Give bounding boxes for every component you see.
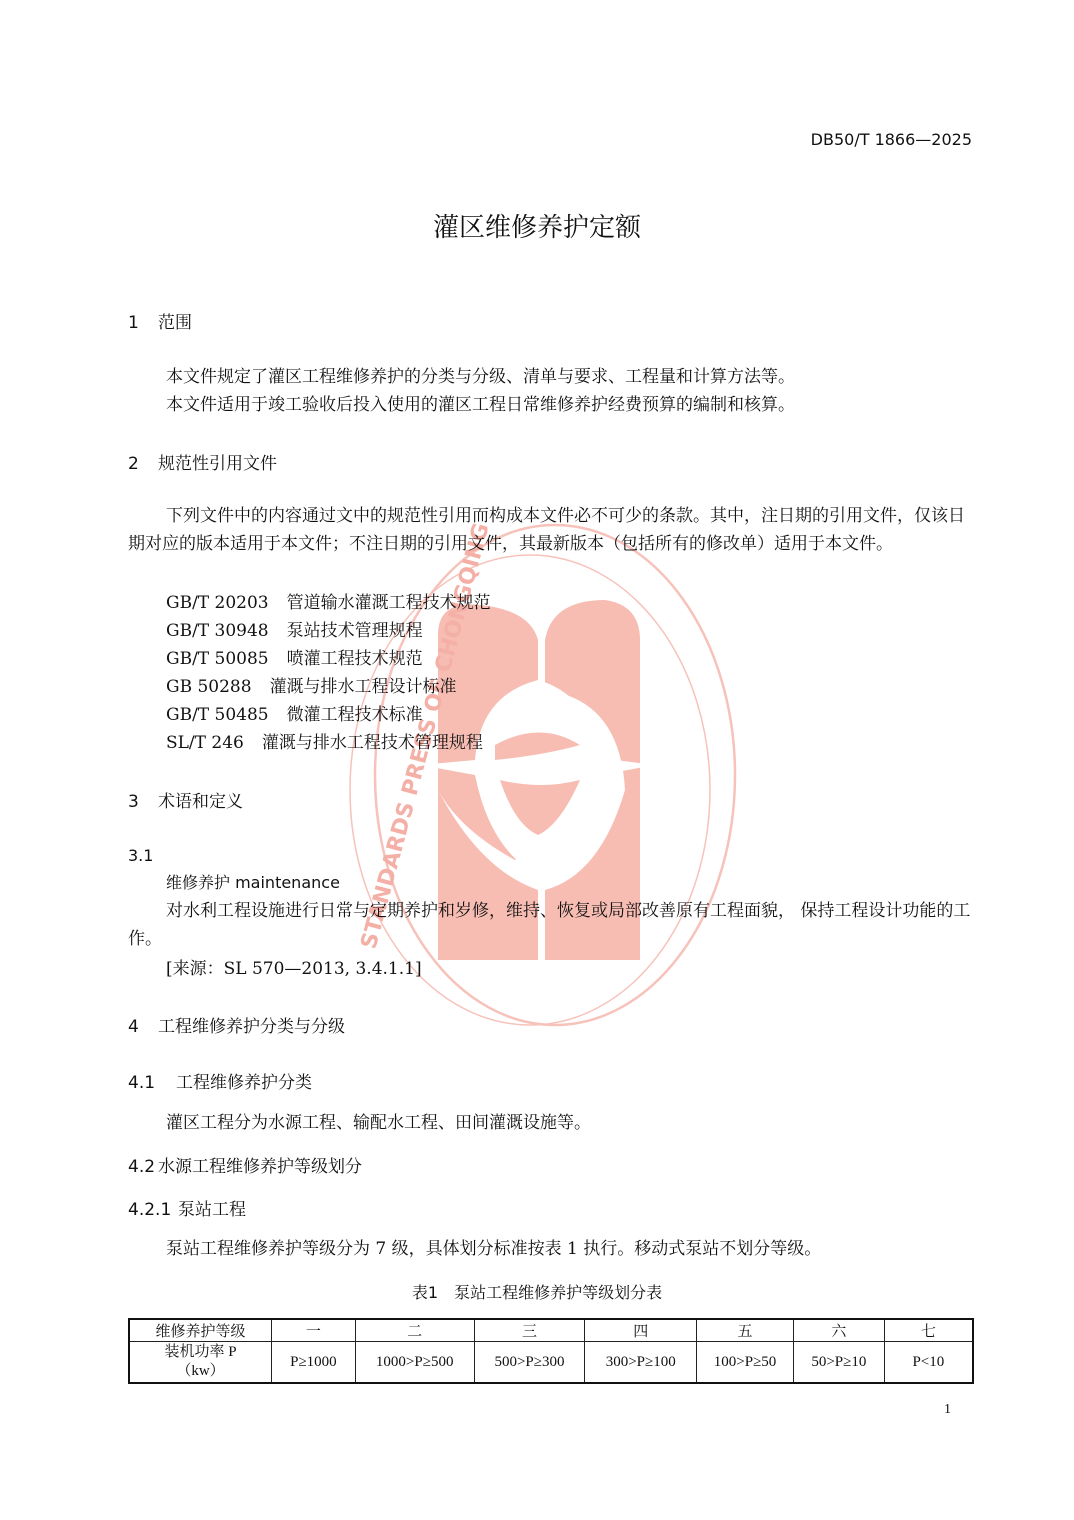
section-2-heading: 2规范性引用文件 (128, 449, 277, 474)
table-cell: 一 (272, 1319, 356, 1342)
document-title: 灌区维修养护定额 (0, 207, 1074, 244)
table-cell: 50>P≥10 (793, 1342, 884, 1384)
section-4-2-1-heading: 4.2.1泵站工程 (128, 1195, 246, 1220)
table-cell: 六 (793, 1319, 884, 1342)
section-2-intro: 下列文件中的内容通过文中的规范性引用而构成本文件必不可少的条款。其中，注日期的引… (128, 502, 974, 558)
reference-item: GB/T 20203管道输水灌溉工程技术规范 (166, 588, 491, 613)
section-4-1-text: 灌区工程分为水源工程、输配水工程、田间灌溉设施等。 (166, 1109, 591, 1137)
reference-item: GB/T 30948泵站技术管理规程 (166, 616, 423, 641)
term-source: [来源：SL 570—2013, 3.4.1.1] (166, 955, 422, 983)
section-4-1-heading: 4.1工程维修养护分类 (128, 1068, 312, 1093)
section-4-2-heading: 4.2水源工程维修养护等级划分 (128, 1152, 362, 1177)
table-row: 装机功率 P （kw） P≥1000 1000>P≥500 500>P≥300 … (129, 1342, 973, 1384)
reference-item: GB 50288灌溉与排水工程设计标准 (166, 672, 457, 697)
page-number: 1 (944, 1402, 951, 1418)
reference-item: SL/T 246灌溉与排水工程技术管理规程 (166, 728, 483, 753)
table-caption: 表1 泵站工程维修养护等级划分表 (0, 1280, 1074, 1303)
section-4-2-1-text: 泵站工程维修养护等级分为 7 级，具体划分标准按表 1 执行。移动式泵站不划分等… (166, 1235, 821, 1263)
section-1-heading: 1范围 (128, 308, 192, 333)
term-number: 3.1 (128, 842, 153, 870)
table-cell: 1000>P≥500 (355, 1342, 474, 1384)
table-cell: 500>P≥300 (474, 1342, 585, 1384)
reference-item: GB/T 50485微灌工程技术标准 (166, 700, 423, 725)
table-row: 维修养护等级 一 二 三 四 五 六 七 (129, 1319, 973, 1342)
section-1-paragraph: 本文件适用于竣工验收后投入使用的灌区工程日常维修养护经费预算的编制和核算。 (166, 391, 795, 419)
table-cell: P≥1000 (272, 1342, 356, 1384)
term-definition: 对水利工程设施进行日常与定期养护和岁修，维持、恢复或局部改善原有工程面貌， 保持… (128, 897, 974, 953)
table-cell: 七 (884, 1319, 973, 1342)
table-cell: 100>P≥50 (697, 1342, 794, 1384)
section-3-heading: 3术语和定义 (128, 787, 243, 812)
reference-item: GB/T 50085喷灌工程技术规范 (166, 644, 423, 669)
table-cell: 五 (697, 1319, 794, 1342)
table-header-cell: 装机功率 P （kw） (129, 1342, 272, 1384)
table-header-cell: 维修养护等级 (129, 1319, 272, 1342)
document-page: STANDARDS PRESS OF CHONGQING DB50/T 1866… (0, 0, 1074, 1520)
table-cell: P<10 (884, 1342, 973, 1384)
pump-station-grade-table: 维修养护等级 一 二 三 四 五 六 七 装机功率 P （kw） P≥1000 … (128, 1318, 974, 1384)
table-cell: 三 (474, 1319, 585, 1342)
table-cell: 二 (355, 1319, 474, 1342)
table-cell: 300>P≥100 (585, 1342, 697, 1384)
document-number: DB50/T 1866—2025 (811, 130, 972, 149)
section-1-paragraph: 本文件规定了灌区工程维修养护的分类与分级、清单与要求、工程量和计算方法等。 (166, 363, 795, 391)
term-name: 维修养护 maintenance (166, 869, 340, 897)
table-cell: 四 (585, 1319, 697, 1342)
section-4-heading: 4工程维修养护分类与分级 (128, 1012, 345, 1037)
